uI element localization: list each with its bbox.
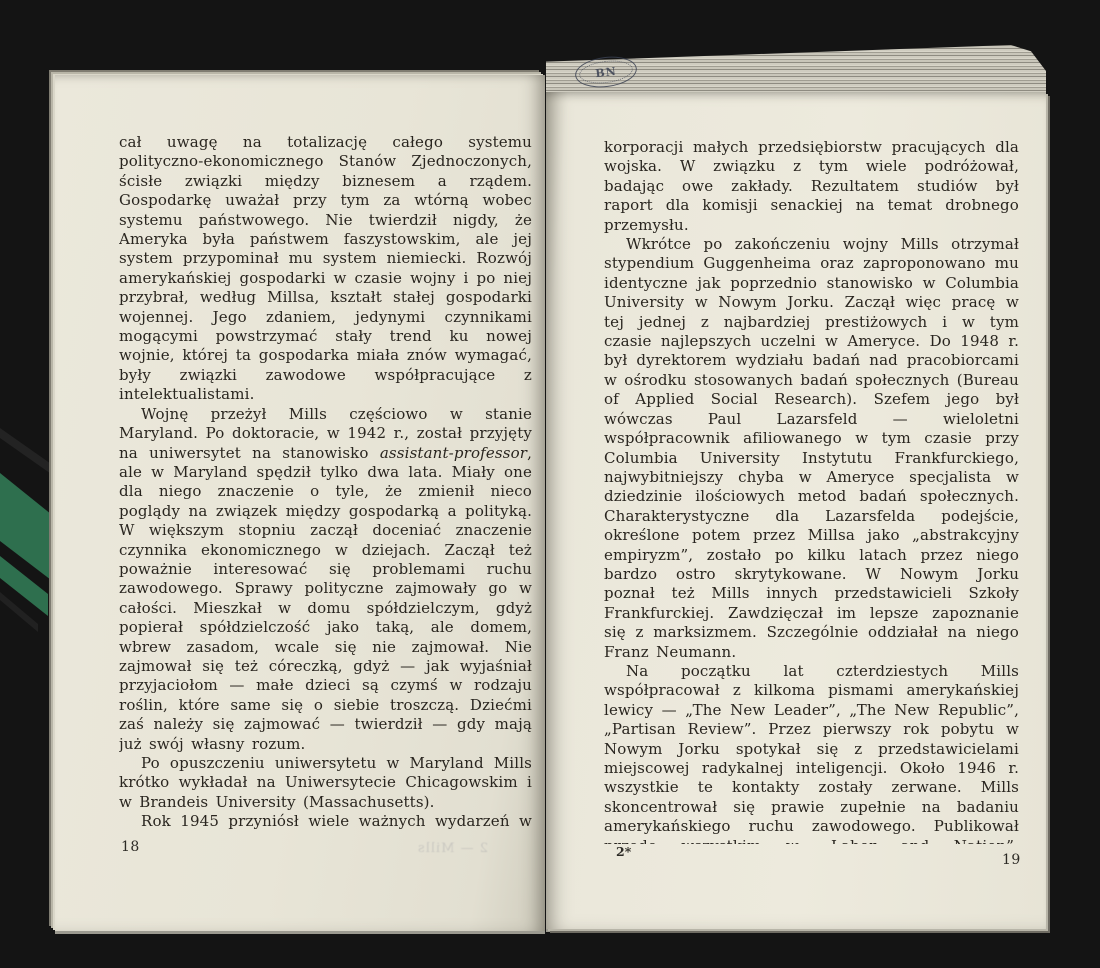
right-page: korporacji małych przedsiębiorstw pracuj…: [546, 92, 1046, 929]
paragraph: korporacji małych przedsiębiorstw pracuj…: [604, 138, 1019, 235]
paragraph: Wkrótce po zakończeniu wojny Mills otrzy…: [604, 235, 1019, 662]
book-scan: { "colors":{ "background":"#141414", "pa…: [0, 0, 1100, 968]
text-run: cał uwagę na totalizację całego systemu …: [119, 133, 532, 403]
stamp-label: BN: [595, 64, 618, 80]
left-page: cał uwagę na totalizację całego systemu …: [55, 75, 545, 931]
left-page-number: 18: [121, 839, 140, 855]
paragraph: Wojnę przeżył Mills częściowo w stanie M…: [119, 405, 532, 754]
left-page-text-block: cał uwagę na totalizację całego systemu …: [119, 133, 532, 833]
text-run: Na początku lat czterdziestych Mills wsp…: [604, 662, 1019, 844]
text-run: Wkrótce po zakończeniu wojny Mills otrzy…: [604, 235, 1019, 661]
text-run: Rok 1945 przyniósł wiele ważnych wydarze…: [119, 812, 532, 833]
text-run: , ale w Maryland spędził tylko dwa lata.…: [119, 444, 532, 753]
text-run: Po opuszczeniu uniwersytetu w Maryland M…: [119, 754, 532, 811]
signature-mark: 2*: [616, 844, 631, 859]
right-page-number: 19: [1002, 852, 1021, 868]
right-page-text-block: korporacji małych przedsiębiorstw pracuj…: [604, 138, 1019, 844]
italic-text-run: assistant-professor: [380, 444, 527, 462]
paragraph: Rok 1945 przyniósł wiele ważnych wydarze…: [119, 812, 532, 833]
show-through-signature: 2 — Mills: [417, 841, 488, 856]
paragraph: Po opuszczeniu uniwersytetu w Maryland M…: [119, 754, 532, 812]
paragraph: Na początku lat czterdziestych Mills wsp…: [604, 662, 1019, 844]
paragraph: cał uwagę na totalizację całego systemu …: [119, 133, 532, 405]
text-run: korporacji małych przedsiębiorstw pracuj…: [604, 138, 1019, 234]
